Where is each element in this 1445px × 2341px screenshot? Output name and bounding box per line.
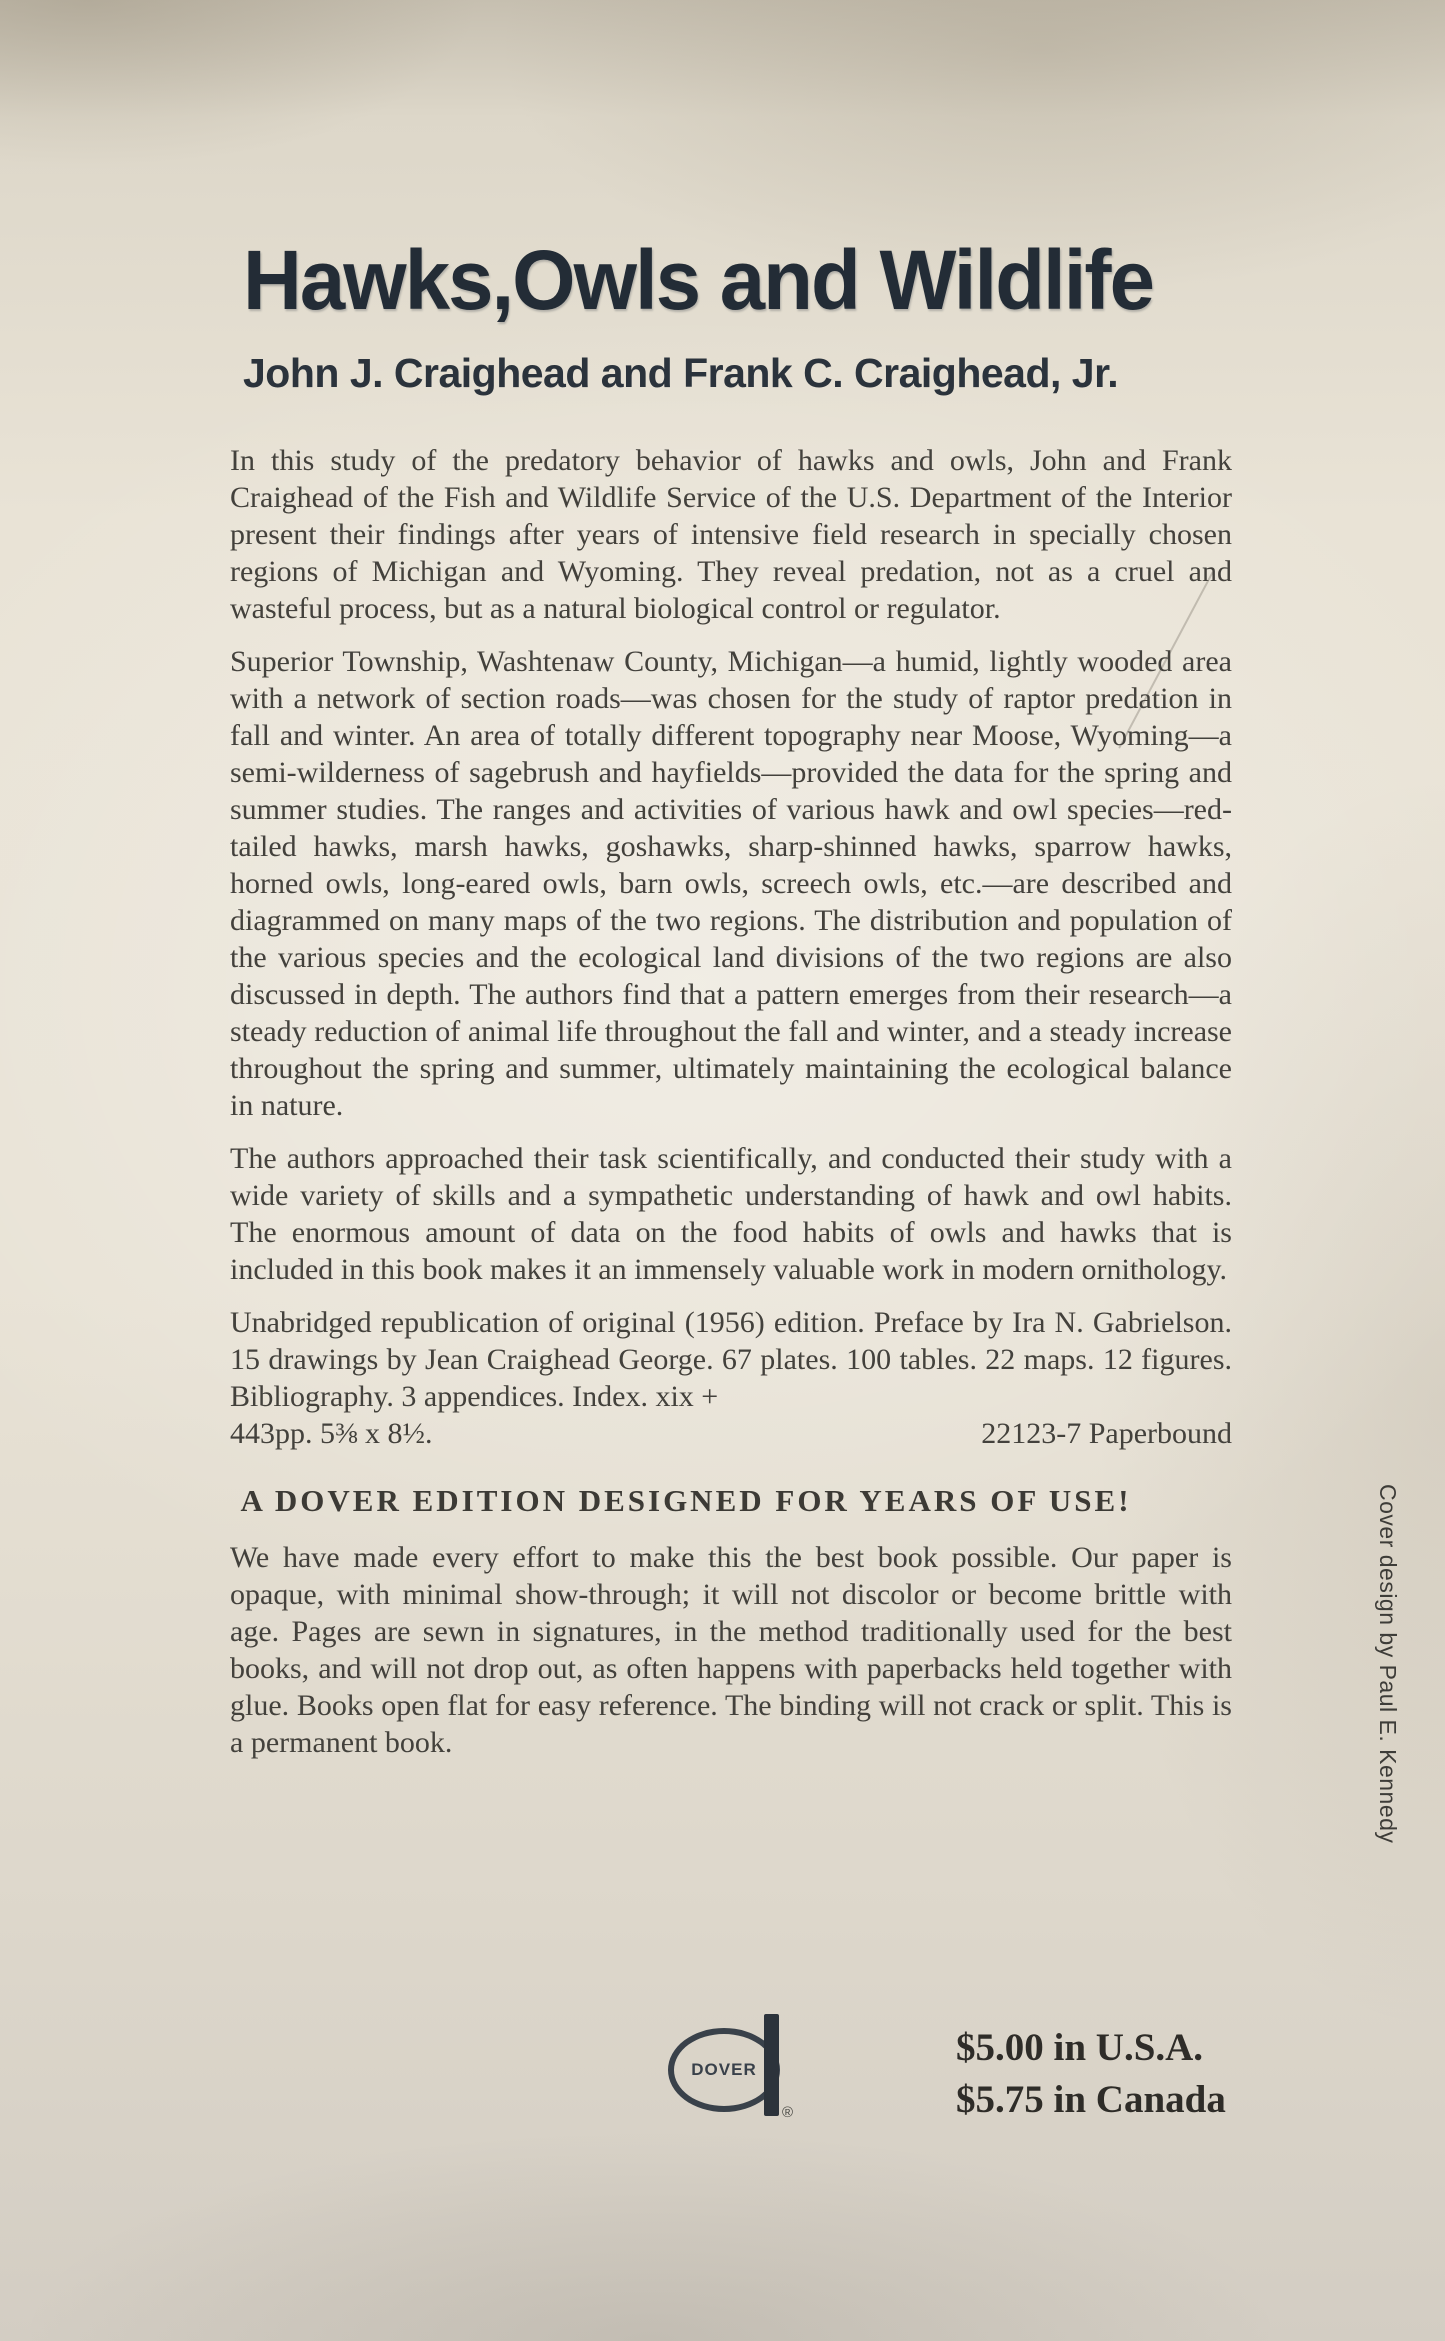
publication-details: Unabridged republication of original (19… bbox=[230, 1304, 1232, 1415]
price-canada: $5.75 in Canada bbox=[956, 2074, 1226, 2126]
synopsis-paragraph-1: In this study of the predatory behavior … bbox=[230, 442, 1232, 627]
cover-design-credit: Cover design by Paul E. Kennedy bbox=[1374, 1484, 1401, 1944]
dover-edition-heading: A DOVER EDITION DESIGNED FOR YEARS OF US… bbox=[185, 1482, 1187, 1519]
book-title: Hawks,Owls and Wildlife bbox=[243, 232, 1271, 329]
dover-edition-paragraph: We have made every effort to make this t… bbox=[230, 1539, 1232, 1761]
dover-logo: DOVER ® bbox=[668, 2014, 818, 2126]
price-usa: $5.00 in U.S.A. bbox=[956, 2022, 1226, 2074]
synopsis-paragraph-3: The authors approached their task scient… bbox=[230, 1140, 1232, 1288]
dover-logo-text: DOVER bbox=[691, 2060, 756, 2080]
registered-trademark-icon: ® bbox=[782, 2104, 793, 2121]
back-cover-copy: In this study of the predatory behavior … bbox=[230, 442, 1232, 1777]
catalog-number: 22123-7 Paperbound bbox=[981, 1415, 1232, 1452]
dover-logo-d-bar bbox=[764, 2014, 779, 2116]
synopsis-paragraph-2: Superior Township, Washtenaw County, Mic… bbox=[230, 643, 1232, 1124]
book-back-cover: Hawks,Owls and Wildlife John J. Craighea… bbox=[0, 0, 1445, 2341]
book-authors: John J. Craighead and Frank C. Craighead… bbox=[243, 350, 1303, 397]
price-block: $5.00 in U.S.A. $5.75 in Canada bbox=[956, 2022, 1226, 2126]
publication-size-line: 443pp. 5⅜ x 8½. 22123-7 Paperbound bbox=[230, 1415, 1232, 1452]
page-count-size: 443pp. 5⅜ x 8½. bbox=[230, 1415, 433, 1452]
